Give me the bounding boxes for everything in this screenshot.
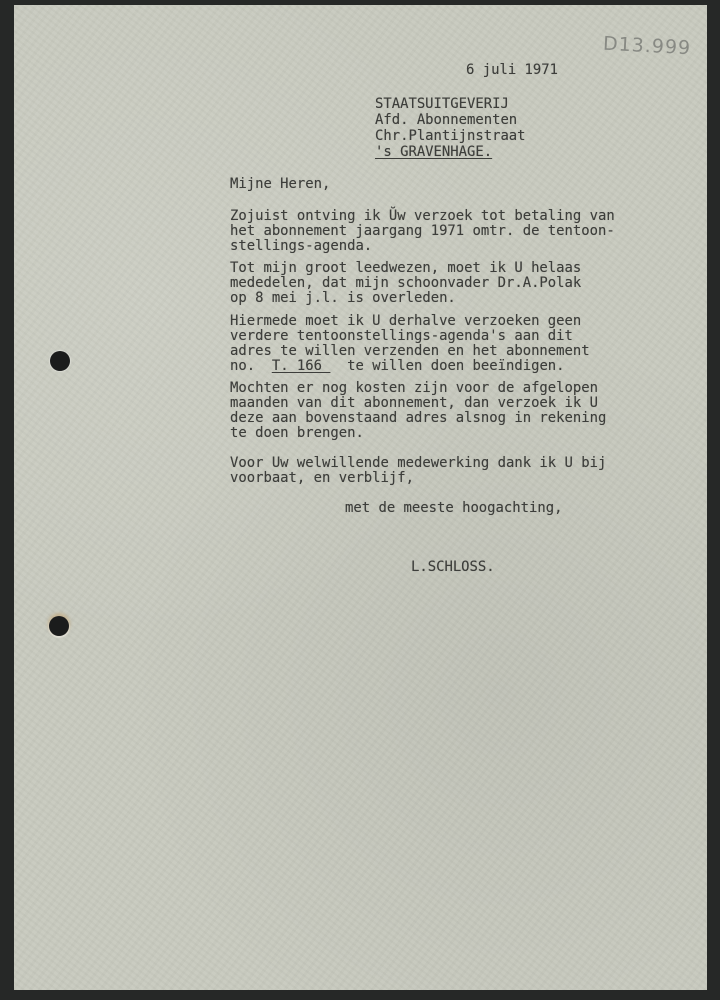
closing: met de meeste hoogachting, (345, 501, 562, 516)
recipient-line: STAATSUITGEVERIJ (375, 97, 526, 112)
text-line: het abonnement jaargang 1971 omtr. de te… (230, 224, 615, 239)
paragraph: Hiermede moet ik U derhalve verzoeken ge… (230, 314, 590, 374)
text-line: Tot mijn groot leedwezen, moet ik U hela… (230, 261, 581, 276)
punch-hole-icon (50, 351, 70, 371)
letter-paper: D13.999 6 juli 1971 STAATSUITGEVERIJ Afd… (14, 5, 707, 990)
subscription-number: T. 166 (272, 358, 331, 374)
scanned-page: D13.999 6 juli 1971 STAATSUITGEVERIJ Afd… (0, 0, 720, 1000)
text-fragment: no. (230, 358, 272, 374)
text-line: Mochten er nog kosten zijn voor de afgel… (230, 381, 606, 396)
text-line: Zojuist ontving ik Ŭw verzoek tot betali… (230, 209, 615, 224)
paragraph: Tot mijn groot leedwezen, moet ik U hela… (230, 261, 581, 306)
pencil-annotation: D13.999 (602, 33, 691, 60)
recipient-city: 's GRAVENHAGE. (375, 145, 526, 160)
text-line: adres te willen verzenden en het abonnem… (230, 344, 590, 359)
text-line: Voor Uw welwillende medewerking dank ik … (230, 456, 606, 471)
text-line: mededelen, dat mijn schoonvader Dr.A.Pol… (230, 276, 581, 291)
text-line: te doen brengen. (230, 426, 606, 441)
text-line: maanden van dit abonnement, dan verzoek … (230, 396, 606, 411)
recipient-line: Chr.Plantijnstraat (375, 129, 526, 144)
recipient-address: STAATSUITGEVERIJ Afd. Abonnementen Chr.P… (375, 97, 526, 160)
text-line: stellings-agenda. (230, 239, 615, 254)
text-line: deze aan bovenstaand adres alsnog in rek… (230, 411, 606, 426)
text-line: op 8 mei j.l. is overleden. (230, 291, 581, 306)
text-line: Hiermede moet ik U derhalve verzoeken ge… (230, 314, 590, 329)
paragraph: Zojuist ontving ik Ŭw verzoek tot betali… (230, 209, 615, 254)
paragraph: Mochten er nog kosten zijn voor de afgel… (230, 381, 606, 441)
text-line: voorbaat, en verblijf, (230, 471, 606, 486)
letter-date: 6 juli 1971 (466, 63, 558, 78)
text-fragment: te willen doen beeïndigen. (330, 358, 564, 374)
text-line: verdere tentoonstellings-agenda's aan di… (230, 329, 590, 344)
recipient-line: Afd. Abonnementen (375, 113, 526, 128)
punch-hole-icon (49, 616, 69, 636)
text-line: no. T. 166 te willen doen beeïndigen. (230, 359, 590, 374)
salutation: Mijne Heren, (230, 177, 330, 192)
paragraph: Voor Uw welwillende medewerking dank ik … (230, 456, 606, 486)
signature: L.SCHLOSS. (411, 560, 495, 575)
